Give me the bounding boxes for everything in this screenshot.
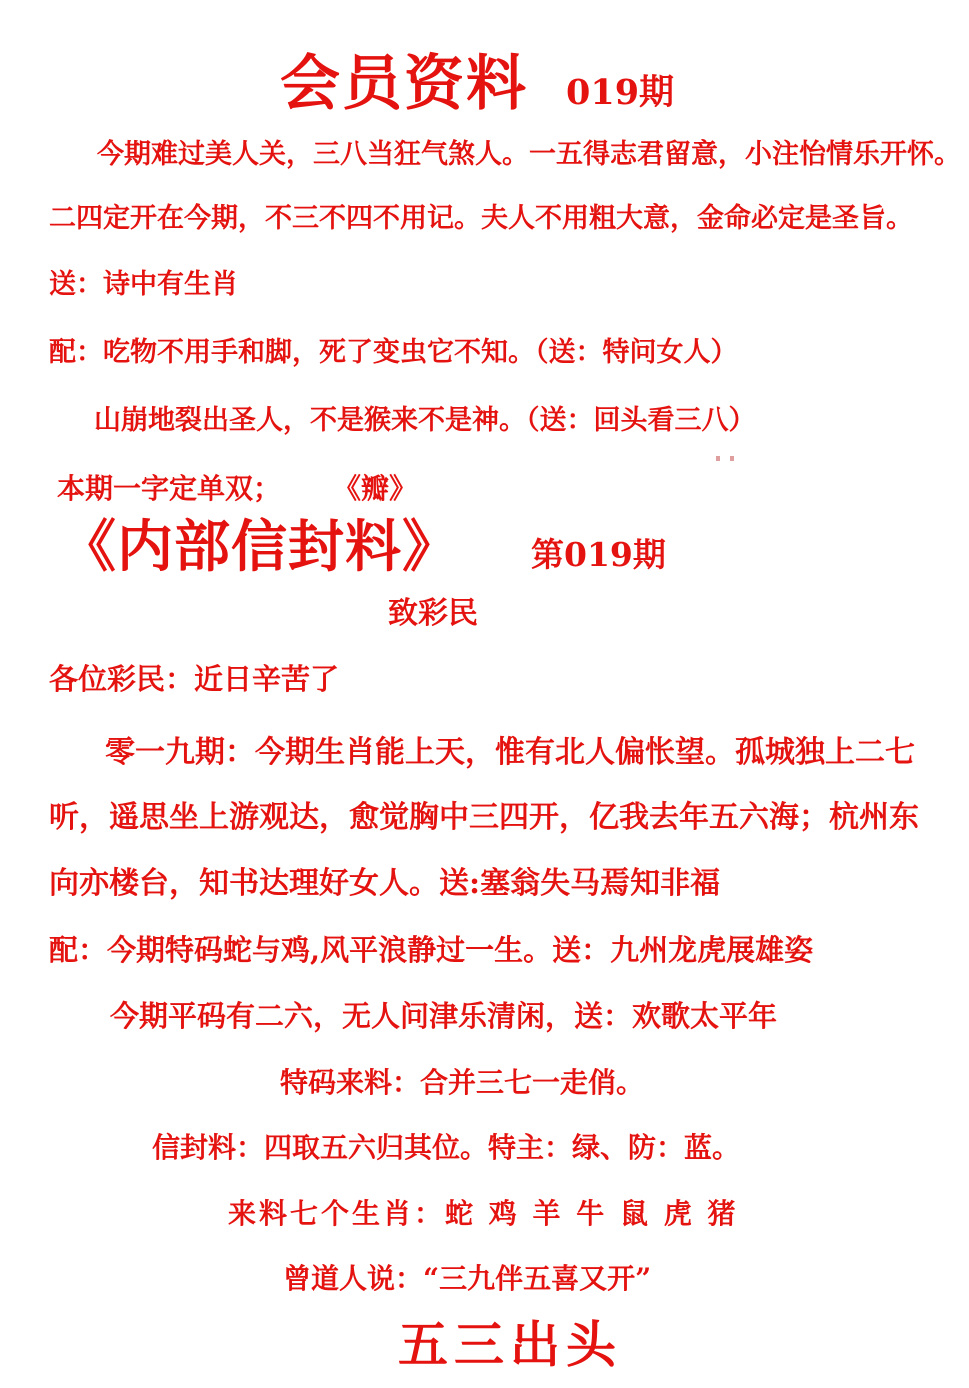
zodiac-list-line: 来料七个生肖：蛇 鸡 羊 牛 鼠 虎 猪 [228, 1198, 739, 1230]
page-title-row: 会员资料 019期 [280, 36, 674, 122]
special-code-pair-line: 配：今期特码蛇与鸡,风平浪静过一生。送：九州龙虎展雄姿 [49, 934, 813, 967]
issue-number: 019期 [566, 65, 674, 115]
print-speck-2 [730, 456, 734, 461]
verse-line-1: 今期难过美人关，三八当狂气煞人。一五得志君留意，小注怡情乐开怀。 [97, 139, 961, 170]
odd-even-label: 本期一字定单双； [57, 467, 281, 507]
print-speck-1 [716, 456, 720, 461]
envelope-title: 《内部信封料》 [60, 503, 459, 583]
odd-even-row: 本期一字定单双； 《瓣》 [57, 467, 417, 507]
paragraph-line-1: 零一九期：今期生肖能上天，惟有北人偏怅望。孤城独上二七 [105, 736, 915, 771]
member-info-sheet: 会员资料 019期 今期难过美人关，三八当狂气煞人。一五得志君留意，小注怡情乐开… [0, 0, 969, 1388]
odd-even-value: 《瓣》 [333, 467, 417, 507]
mountain-riddle-line: 山崩地裂出圣人，不是猴来不是神。（送：回头看三八） [94, 405, 756, 436]
master-quote-line: 曾道人说：“三九伴五喜又开” [283, 1263, 651, 1295]
paragraph-line-3: 向亦楼台，知书达理好女人。送:塞翁失马焉知非福 [49, 867, 720, 902]
page-title: 会员资料 [280, 36, 528, 122]
special-material-line: 特码来料：合并三七一走俏。 [280, 1067, 644, 1099]
envelope-material-line: 信封料：四取五六归其位。特主：绿、防：蓝。 [152, 1132, 740, 1164]
send-zodiac-line: 送：诗中有生肖 [49, 269, 238, 300]
pair-riddle-line: 配：吃物不用手和脚，死了变虫它不知。（送：特问女人） [49, 337, 738, 368]
salutation: 各位彩民：近日辛苦了 [49, 663, 339, 696]
footer-slogan: 五三出头 [398, 1316, 622, 1374]
even-codes-line: 今期平码有二六，无人问津乐清闲，送：欢歌太平年 [110, 1000, 777, 1033]
greeting: 致彩民 [388, 597, 478, 632]
envelope-issue-number: 第019期 [531, 529, 666, 576]
paragraph-line-2: 听，遥思坐上游观达，愈觉胸中三四开，亿我去年五六海；杭州东 [49, 801, 919, 836]
verse-line-2: 二四定开在今期，不三不四不用记。夫人不用粗大意，金命必定是圣旨。 [49, 203, 913, 234]
envelope-title-row: 《内部信封料》 第019期 [60, 503, 666, 583]
